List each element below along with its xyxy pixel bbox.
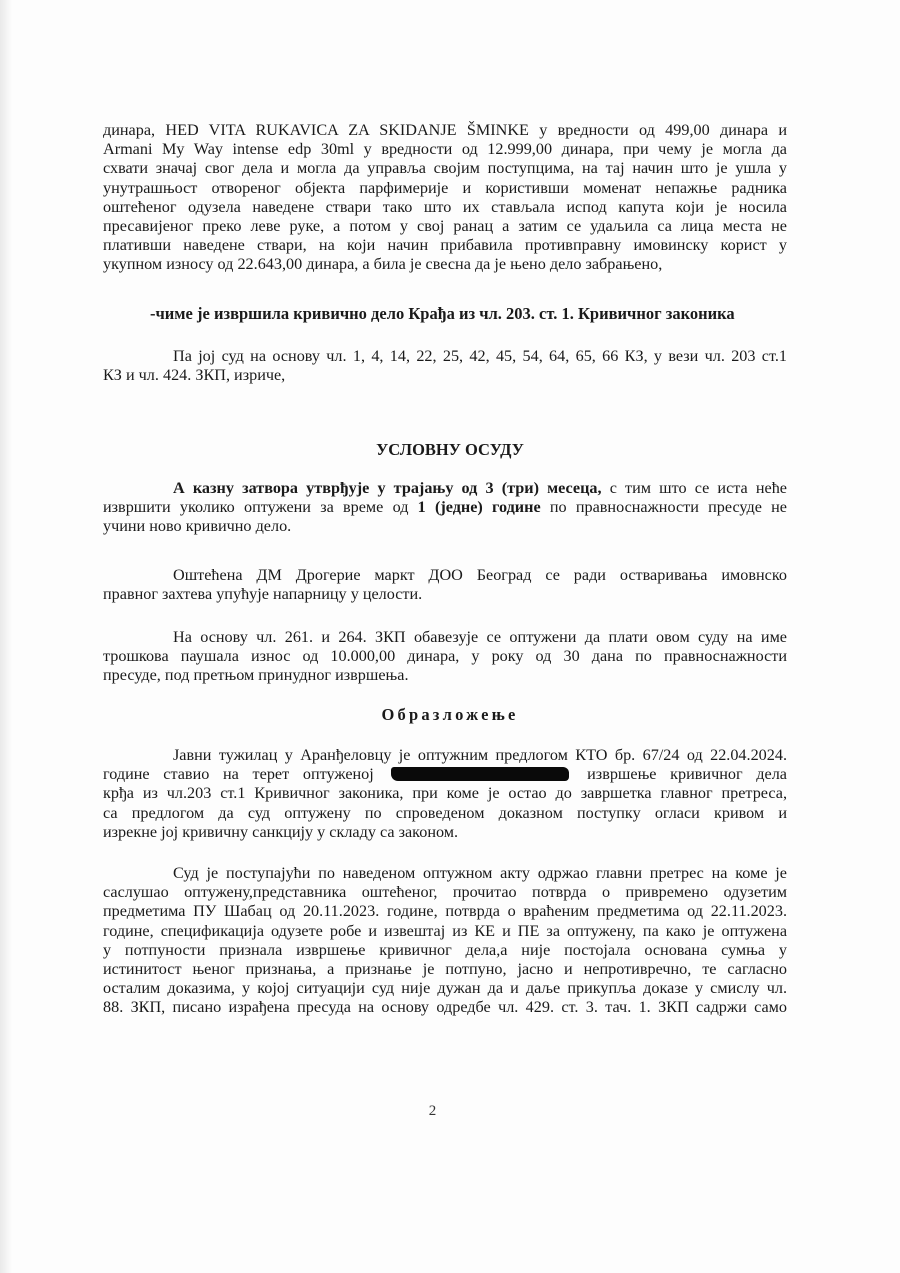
- text-line: КЗ и чл. 424. ЗКП, изриче,: [103, 366, 787, 385]
- text-line: На основу чл. 261. и 264. ЗКП обавезује …: [103, 628, 787, 647]
- text-line: године, спецификација одузете робе и изв…: [103, 922, 787, 941]
- text-line: трошкова паушала износ од 10.000,00 дина…: [103, 647, 787, 666]
- text-line: саслушао оптужену,представника оштећеног…: [103, 883, 787, 902]
- text-line: динара, HED VITA RUKAVICA ZA SKIDANJE ŠM…: [103, 121, 787, 140]
- text-line: крђа из чл.203 ст.1 Кривичног законика, …: [103, 784, 787, 803]
- text-line: пресуде, под претњом принудног извршења.: [103, 666, 787, 685]
- text-line: Јавни тужилац у Аранђеловцу је оптужним …: [103, 746, 787, 765]
- document-page: динара, HED VITA RUKAVICA ZA SKIDANJE ŠM…: [0, 0, 900, 1273]
- scan-edge-shadow: [0, 0, 12, 1273]
- paragraph-suspended-sentence: А казну затвора утврђује у трајању од 3 …: [103, 479, 787, 537]
- text-fragment: године ставио на терет оптуженој: [103, 765, 374, 783]
- reasoning-heading: Образложење: [0, 705, 900, 725]
- text-line: истинитост њеног признања, а признање је…: [103, 960, 787, 979]
- text-line: Суд је поступајући по наведеном оптужном…: [103, 864, 787, 883]
- page-number: 2: [0, 1103, 865, 1120]
- paragraph-property-claim: Оштећена ДМ Дрогерие маркт ДОО Београд с…: [103, 566, 787, 604]
- text-line: изрекне јој кривичну санкцију у складу с…: [103, 823, 787, 842]
- redaction-bar: [391, 767, 569, 781]
- text-line: у потпуности признала извршење кривичног…: [103, 941, 787, 960]
- paragraph-costs: На основу чл. 261. и 264. ЗКП обавезује …: [103, 628, 787, 686]
- text-line: Armani My Way intense edp 30ml у вреднос…: [103, 140, 787, 159]
- text-line: А казну затвора утврђује у трајању од 3 …: [103, 479, 787, 498]
- text-fragment: по правноснажности пресуде не: [541, 498, 787, 516]
- text-line: плативши наведене ствари, на који начин …: [103, 236, 787, 255]
- text-line: 88. ЗКП, писано израђена пресуда на осно…: [103, 998, 787, 1017]
- text-fragment: с тим што се иста неће: [602, 479, 787, 497]
- text-line: извршити уколико оптужени за време од 1 …: [103, 498, 787, 517]
- verdict-heading: УСЛОВНУ ОСУДУ: [0, 440, 900, 460]
- text-line: са предлогом да суд оптужену по спроведе…: [103, 804, 787, 823]
- paragraph-sentence-basis: Па јој суд на основу чл. 1, 4, 14, 22, 2…: [103, 347, 787, 385]
- text-line: године ставио на терет оптуженој извршењ…: [103, 765, 787, 784]
- text-line: предметима ПУ Шабац од 20.11.2023. годин…: [103, 902, 787, 921]
- text-line: укупном износу од 22.643,00 динара, а би…: [103, 255, 787, 274]
- offense-statement: -чиме је извршила кривично дело Крађа из…: [150, 304, 790, 323]
- text-line: Оштећена ДМ Дрогерие маркт ДОО Београд с…: [103, 566, 787, 585]
- text-line: Па јој суд на основу чл. 1, 4, 14, 22, 2…: [103, 347, 787, 366]
- probation-term: 1 (једне) године: [418, 498, 541, 516]
- sentence-term: А казну затвора утврђује у трајању од 3 …: [173, 479, 602, 497]
- text-line: унутрашњост отвореног објекта парфимериј…: [103, 179, 787, 198]
- text-fragment: извршити уколико оптужени за време од: [103, 498, 418, 516]
- text-line: схвати значај свог дела и могла да управ…: [103, 159, 787, 178]
- text-line: учини ново кривично дело.: [103, 517, 787, 536]
- paragraph-court-findings: Суд је поступајући по наведеном оптужном…: [103, 864, 787, 1018]
- text-line: пресавијеног преко леве руке, а потом у …: [103, 217, 787, 236]
- paragraph-items-taken: динара, HED VITA RUKAVICA ZA SKIDANJE ŠM…: [103, 121, 787, 275]
- text-fragment: извршење кривичног дела: [587, 765, 787, 783]
- paragraph-prosecution: Јавни тужилац у Аранђеловцу је оптужним …: [103, 746, 787, 842]
- text-line: правног захтева упућује напарницу у цело…: [103, 585, 787, 604]
- text-line: оштећеног одузела наведене ствари тако ш…: [103, 198, 787, 217]
- text-line: осталим доказима, у којој ситуацији суд …: [103, 979, 787, 998]
